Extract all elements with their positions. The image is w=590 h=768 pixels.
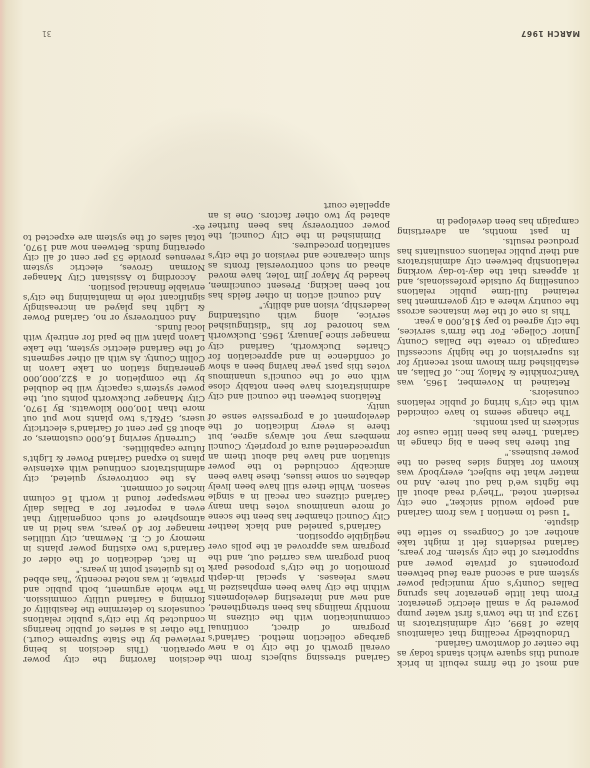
magazine-page: MARCH 1967 31 and most of the firms rebu…	[0, 0, 590, 768]
running-header: MARCH 1967 31	[0, 20, 590, 40]
paragraph: But there has been a big change in Garla…	[397, 417, 579, 447]
text-column-2: Garland stressing subjects from the over…	[208, 200, 390, 662]
paragraph: Relations between the council and city a…	[208, 300, 390, 400]
paragraph: Currently serving 16,000 customers, or a…	[23, 322, 205, 443]
paragraph: According to Assistant City Manager Norm…	[23, 222, 205, 282]
paragraph: and most of the firms rebuilt in brick a…	[397, 638, 579, 668]
issue-date: MARCH 1967	[521, 29, 580, 38]
text-column-3: decision favoring the city power operati…	[23, 222, 205, 664]
paragraph: As the controversy quieted, city adminis…	[23, 443, 205, 483]
paragraph: This is one of the few instances across …	[397, 236, 579, 316]
paragraph: And controversy or no, Garland Power & L…	[23, 282, 205, 322]
paragraph: Garland stressing subjects from the over…	[208, 531, 390, 662]
paragraph: In fact, dedication of the older of Garl…	[23, 483, 205, 563]
paragraph: decision favoring the city power operati…	[23, 564, 205, 664]
paragraph: Undoubtedly recalling that calamitous bl…	[397, 517, 579, 638]
paragraph: The change seems to have coincided with …	[397, 387, 579, 417]
paragraph: Diminished in the City Council, the powe…	[208, 200, 390, 240]
paragraph: And council action in other fields has n…	[208, 240, 390, 300]
paragraph: "I used to mention I was from Garland an…	[397, 447, 579, 517]
paragraph: In past months, an advertising campaign …	[397, 216, 579, 236]
paragraph: Retained in November, 1965, was VanCronk…	[397, 316, 579, 386]
text-column-1: and most of the firms rebuilt in brick a…	[397, 216, 579, 668]
page-number: 31	[42, 29, 52, 38]
paragraph: Garland's paneled and black leather City…	[208, 401, 390, 532]
page-edge-shadow	[0, 0, 6, 768]
